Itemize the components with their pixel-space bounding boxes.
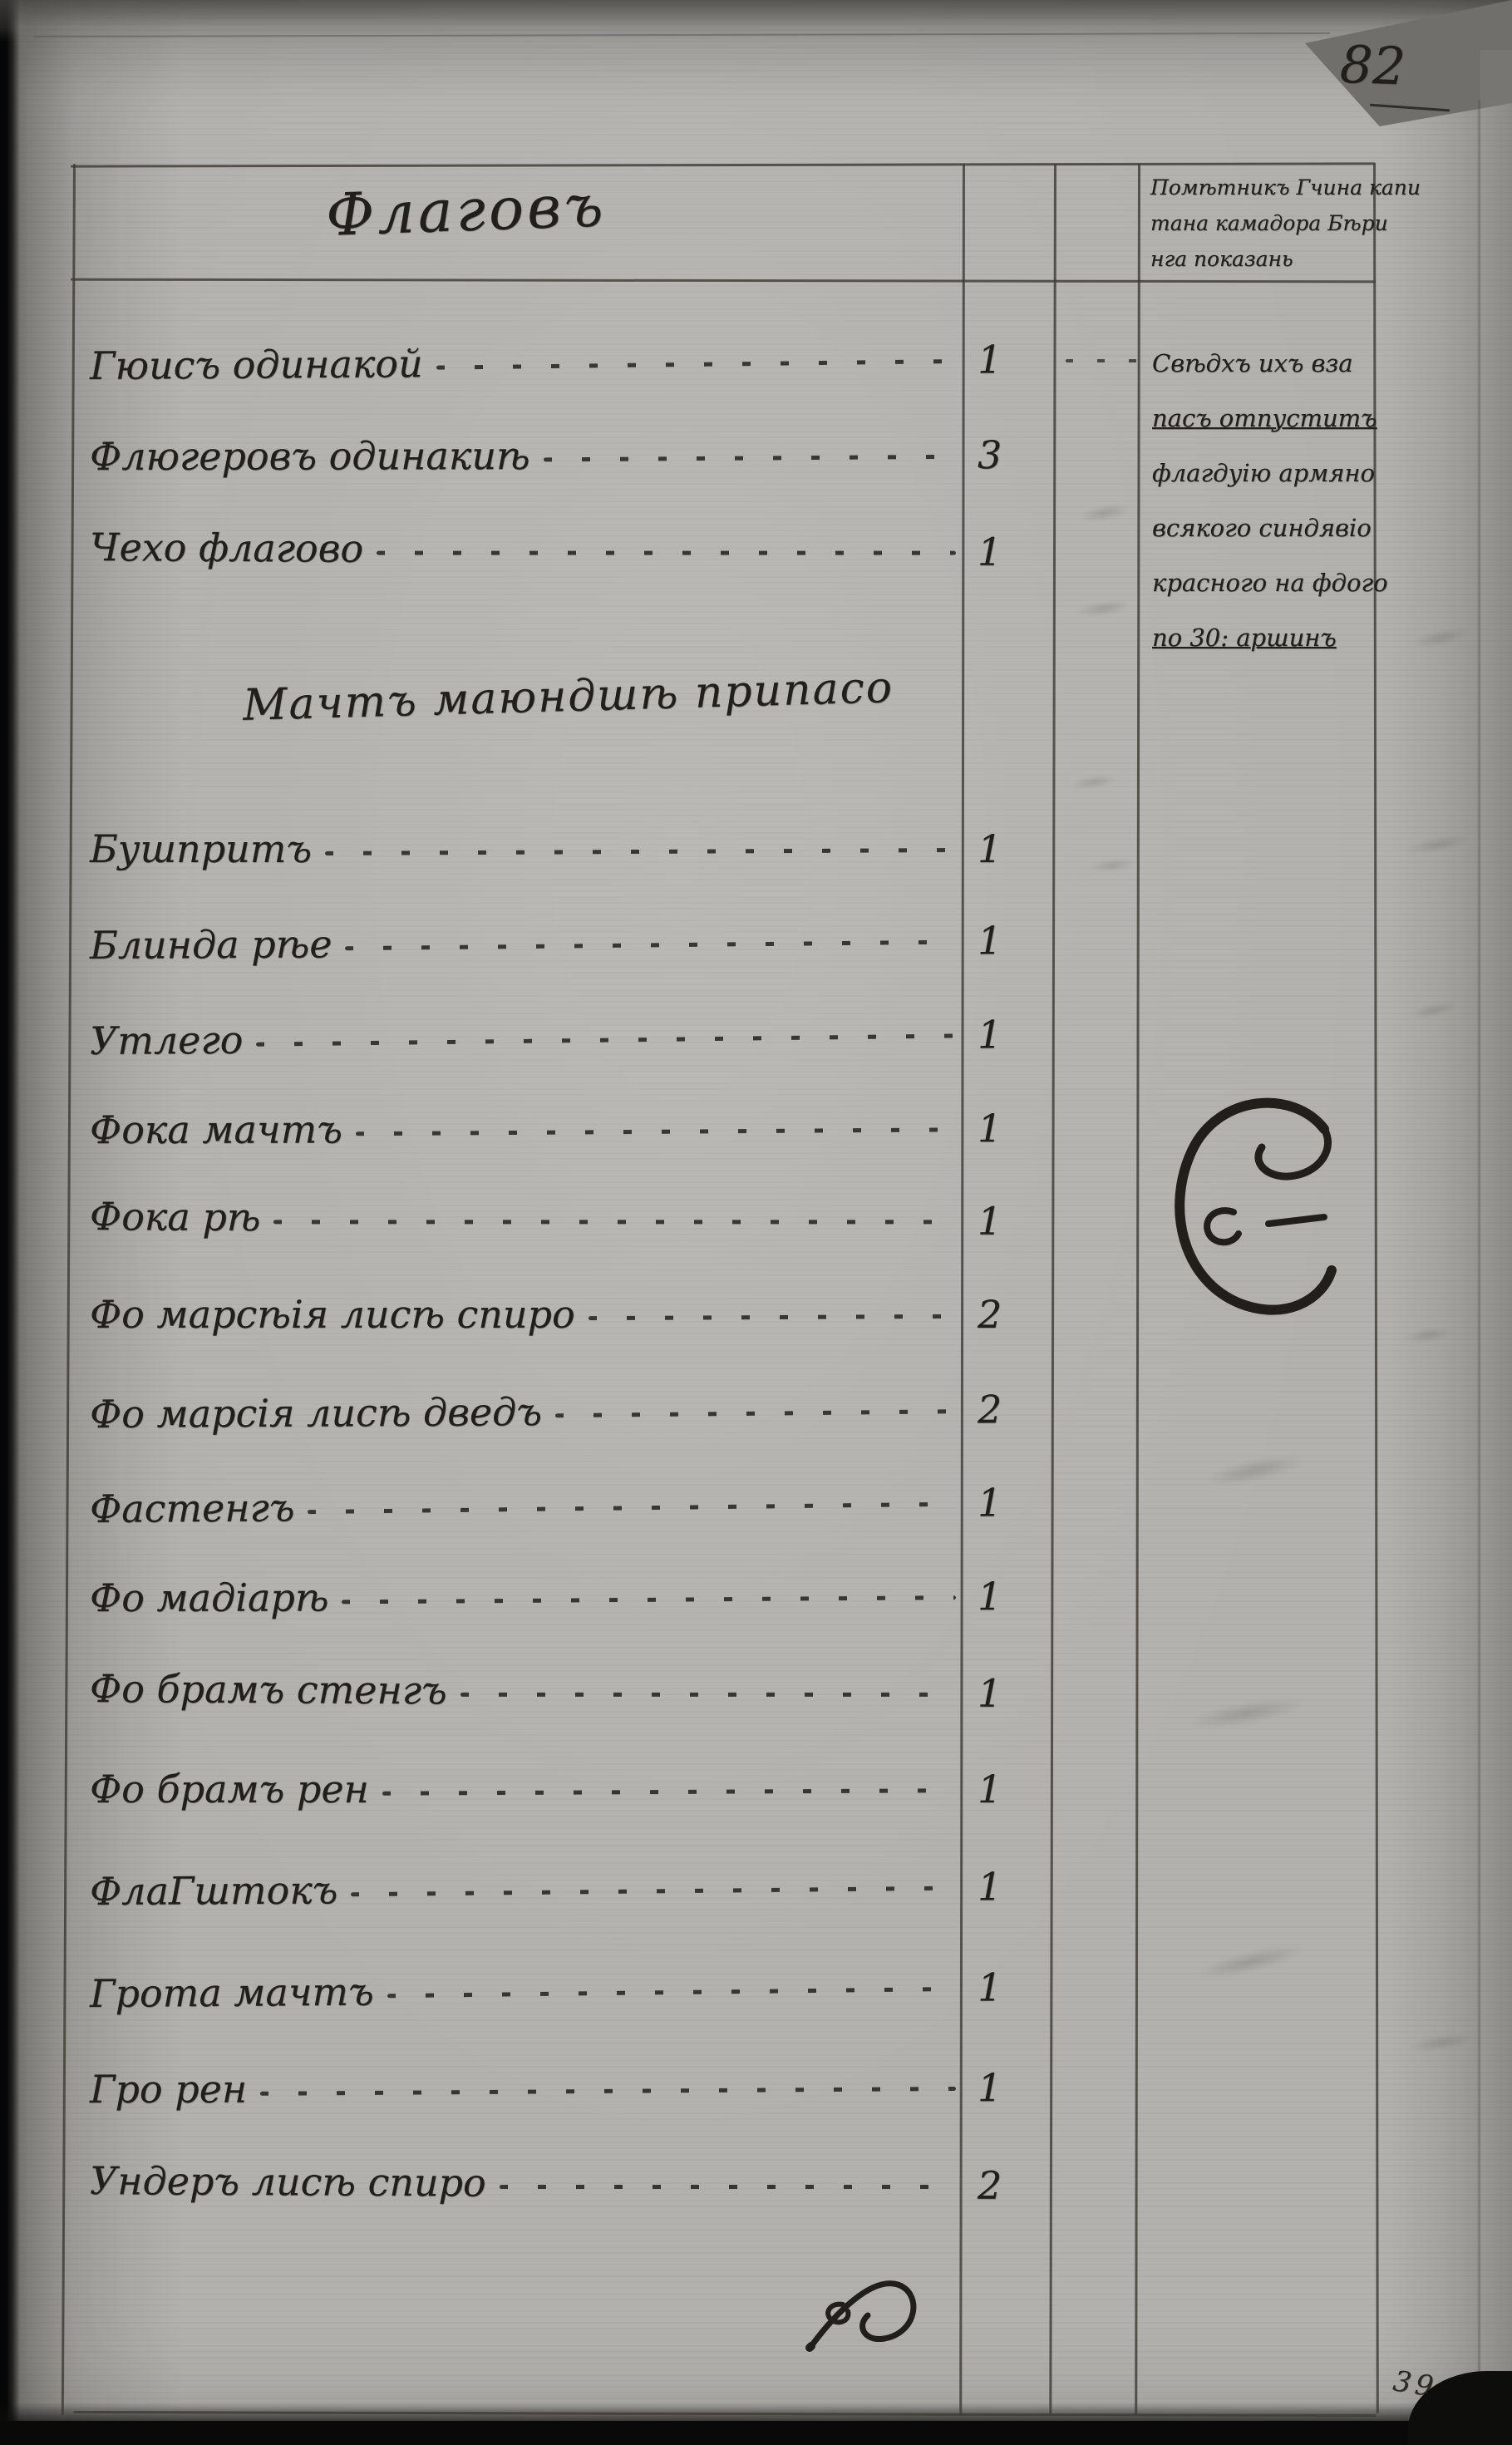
inventory-row: Фо брамъ стенгъ1 [90,1659,1031,1723]
entry-quantity: 1 [978,1671,1031,1716]
dotted-leader [377,550,956,555]
notes-body-line: Свѣдхъ ихъ вза [1152,336,1367,391]
scribe-mark-icon [791,2255,933,2363]
entry-quantity: 1 [978,1480,1031,1525]
entry-label: Фо марсія лисѣ дведъ [90,1389,542,1437]
entry-quantity: 2 [978,2163,1031,2208]
entry-quantity: 3 [978,432,1031,477]
entry-quantity: 1 [978,918,1031,963]
notes-header-line: тана камадора Бѣри [1150,205,1368,241]
entry-quantity: 1 [978,530,1031,574]
dotted-leader [589,1314,956,1319]
dotted-leader [325,848,956,855]
entry-label: Фастенгъ [90,1485,295,1531]
notes-body-line: флагдуію армяно [1152,446,1367,500]
dotted-leader [460,1692,956,1696]
binding-edge-shadow [0,0,28,2445]
entry-label: ФлаГштокъ [90,1867,338,1914]
entry-label: Грота мачтъ [90,1969,374,2016]
dotted-leader [273,1220,956,1224]
leader-dashes-to-notes [1066,359,1137,362]
folio-number: 82 [1339,34,1406,97]
entry-label: Блинда рѣе [90,921,332,968]
entry-label: Фо марсѣія лисѣ спиро [90,1292,575,1337]
dotted-leader [500,2185,956,2189]
dotted-leader [387,1986,956,1997]
inventory-row: Флюгеровъ одинакиѣ3 [90,425,1031,486]
notes-body-line: пасъ отпуститъ [1152,391,1367,446]
dotted-leader [342,1595,956,1604]
inventory-row: Фастенгъ1 [90,1472,1031,1539]
entry-label: Гюисъ одинакой [90,341,423,388]
inventory-row: Фо мадіарѣ1 [90,1566,1031,1628]
dotted-leader [260,2086,956,2095]
manuscript-page: 82 Флаговъ Помѣтникъ Гчина капитана кама… [0,0,1512,2445]
entry-label: Фо мадіарѣ [90,1575,328,1620]
entry-quantity: 1 [978,1964,1031,2009]
inventory-row: Фо марсѣія лисѣ спиро2 [90,1284,1031,1344]
entry-quantity: 1 [978,1199,1031,1244]
entry-quantity: 1 [978,337,1031,382]
paraph-c-flourish-icon [1154,1081,1362,1330]
notes-column-body: Свѣдхъ ихъ взапасъ отпуститъфлагдуію арм… [1152,336,1367,665]
inventory-row: Гро рен1 [90,2058,1031,2119]
dotted-leader [351,1886,956,1896]
inventory-row: Фока мачтъ1 [90,1098,1031,1160]
inventory-row: Фо брамъ рен1 [90,1759,1031,1819]
dotted-leader [308,1501,956,1514]
entry-quantity: 1 [978,2065,1031,2110]
entry-label: Гро рен [90,2067,247,2112]
corner-mark: 39 [1391,2364,1440,2404]
dotted-leader [436,359,956,370]
entry-quantity: 1 [978,1767,1031,1812]
inventory-row: Утлего1 [90,1004,1031,1071]
entry-label: Фо брамъ стенгъ [90,1666,447,1713]
entry-quantity: 1 [978,1106,1031,1151]
entry-label: Чехо флагово [90,525,363,571]
entry-label: Фока рѣ [90,1194,261,1240]
entry-quantity: 1 [978,1012,1031,1057]
entry-quantity: 1 [978,1864,1031,1909]
entry-label: Фока мачтъ [90,1107,342,1152]
entry-label: Бушпритъ [90,826,312,871]
bottom-scan-band [0,2421,1512,2445]
inventory-row: Чехо флагово1 [90,517,1031,582]
inventory-row: Фо марсія лисѣ дведъ2 [90,1379,1031,1444]
dotted-leader [544,454,956,461]
notes-header-line: нга показань [1150,241,1368,277]
inventory-row: ФлаГштокъ1 [90,1856,1031,1921]
dotted-leader [382,1788,956,1796]
entry-label: Ундеръ лисѣ спиро [90,2158,486,2205]
entry-quantity: 2 [978,1292,1031,1337]
dotted-leader [555,1409,956,1417]
right-margin-band [1480,50,1512,2411]
inventory-row: Блинда рѣе1 [90,910,1031,975]
inventory-row: Ундеръ лисѣ спиро2 [90,2151,1031,2216]
dotted-leader [356,1127,956,1136]
inventory-row: Грота мачтъ1 [90,1957,1031,2024]
notes-body-line: красного на фдого [1152,555,1367,610]
entry-label: Утлего [90,1018,244,1063]
entry-quantity: 1 [978,826,1031,871]
entry-label: Фо брамъ рен [90,1767,369,1812]
table-title: Флаговъ [325,171,608,249]
entry-quantity: 1 [978,1574,1031,1619]
entry-label: Флюгеровъ одинакиѣ [90,433,530,479]
notes-body-line: всякого синдявіо [1152,500,1367,555]
inventory-row: Гюисъ одинакой1 [90,329,1031,396]
notes-header-line: Помѣтникъ Гчина капи [1150,170,1368,205]
entry-quantity: 2 [978,1387,1031,1432]
inventory-row: Бушпритъ1 [90,819,1031,879]
inventory-row: Фока рѣ1 [90,1186,1031,1251]
notes-column-header: Помѣтникъ Гчина капитана камадора Бѣринг… [1150,170,1368,277]
notes-body-line: по 30: аршинъ [1152,610,1367,665]
dotted-leader [256,1033,956,1046]
dotted-leader [345,939,956,950]
